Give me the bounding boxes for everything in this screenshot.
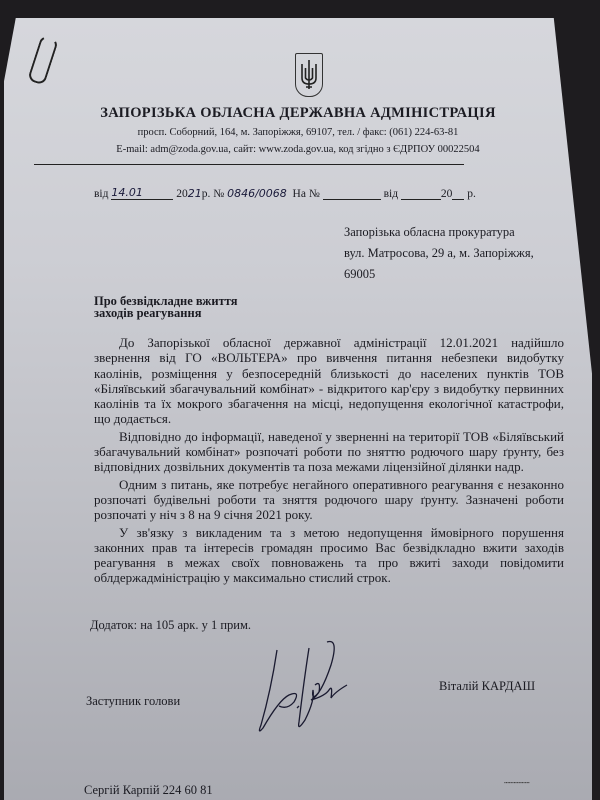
number-handwritten: 0846/0068 [227, 187, 287, 200]
from-label: від [94, 188, 108, 200]
document-page: ЗАПОРІЗЬКА ОБЛАСНА ДЕРЖАВНА АДМІНІСТРАЦІ… [4, 18, 592, 800]
organization-name: ЗАПОРІЗЬКА ОБЛАСНА ДЕРЖАВНА АДМІНІСТРАЦІ… [4, 105, 592, 122]
signatory-position: Заступник голови [86, 694, 180, 709]
number-label: № [213, 188, 224, 200]
subject-line-2: заходів реагування [94, 307, 237, 319]
letter-body: До Запорізької обласної державної адміні… [94, 335, 564, 588]
reply-date-blank [401, 187, 441, 200]
date-handwritten: 14.01 [111, 186, 143, 199]
body-paragraph: Відповідно до інформації, наведеної у зв… [94, 429, 564, 475]
executor-info: Сергій Карпій 224 60 81 [84, 783, 213, 798]
year-handwritten: 21 [188, 187, 202, 200]
attachment-note: Додаток: на 105 арк. у 1 прим. [90, 618, 251, 633]
subject-block: Про безвідкладне вжиття заходів реагуван… [94, 295, 237, 319]
reply-from-label: від [384, 188, 398, 200]
year-suffix: р. [202, 188, 211, 200]
recipient-block: Запорізька обласна прокуратура вул. Матр… [344, 222, 534, 285]
reply-number-blank [323, 187, 381, 200]
reply-to-label: На № [293, 188, 320, 200]
header-divider [34, 164, 464, 165]
handwritten-signature-icon [249, 640, 359, 740]
reply-year-suffix: р. [467, 188, 476, 200]
signatory-name: Віталій КАРДАШ [439, 679, 535, 694]
recipient-postcode: 69005 [344, 264, 534, 285]
organization-address: просп. Соборний, 164, м. Запоріжжя, 6910… [4, 127, 592, 138]
recipient-street: вул. Матросова, 29 а, м. Запоріжжя, [344, 243, 534, 264]
registration-line: від 14.01 2021р. № 0846/0068 На № від 20… [94, 186, 476, 200]
reply-year-prefix: 20 [441, 188, 453, 200]
body-paragraph: У зв'язку з викладеним та з метою недопу… [94, 525, 564, 586]
year-prefix: 20 [176, 188, 188, 200]
trident-emblem-icon [295, 53, 323, 97]
form-code: ▪▪▪▪▪▪▪▪▪▪▪▪▪▪▪▪ [504, 780, 530, 785]
recipient-name: Запорізька обласна прокуратура [344, 222, 534, 243]
reply-year-blank [452, 187, 464, 200]
body-paragraph: До Запорізької обласної державної адміні… [94, 335, 564, 427]
organization-contacts: E-mail: adm@zoda.gov.ua, сайт: www.zoda.… [4, 144, 592, 155]
paperclip-icon [27, 34, 59, 85]
date-field: 14.01 [111, 186, 173, 200]
body-paragraph: Одним з питань, яке потребує негайного о… [94, 477, 564, 523]
